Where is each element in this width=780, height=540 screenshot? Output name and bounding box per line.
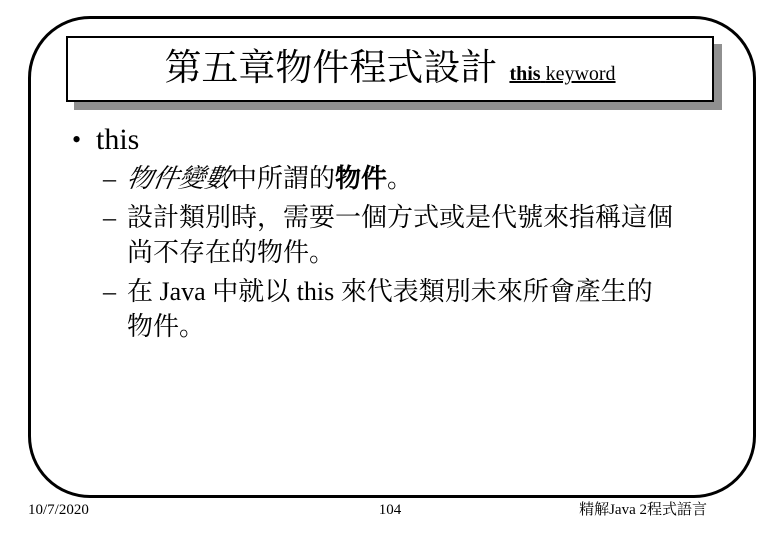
slide-title-keyword: this keyword [509, 63, 615, 85]
text-segment-italic: 物件變數 [124, 161, 234, 196]
list-item-text: 設計類別時，需要一個方式或是代號來指稱這個 尚不存在的物件。 [127, 200, 715, 270]
keyword-bold-text: this [509, 63, 540, 85]
text-line: 設計類別時，需要一個方式或是代號來指稱這個 [127, 200, 715, 235]
bullet-marker: • [72, 122, 96, 158]
text-line: 尚不存在的物件。 [127, 235, 715, 270]
bullet-level2-list: – 物件變數中所謂的物件。 – 設計類別時，需要一個方式或是代號來指稱這個 尚不… [103, 161, 715, 348]
list-item-text: 物件變數中所謂的物件。 [127, 161, 715, 196]
dash-marker: – [103, 200, 127, 270]
slide-title-text: 第五章物件程式設計 [164, 48, 497, 89]
text-segment-bold: 物件 [335, 164, 387, 193]
text-segment-period: 。 [387, 164, 413, 193]
bullet-level1-text: this [96, 123, 139, 156]
dash-marker: – [103, 274, 127, 344]
dash-marker: – [103, 161, 127, 196]
slide-title-box: 第五章物件程式設計this keyword [66, 36, 714, 102]
footer-book-title: 精解Java 2程式語言 [579, 500, 707, 520]
list-item-text: 在 Java 中就以 this 來代表類別未來所會產生的 物件。 [127, 274, 715, 344]
text-line: 物件。 [127, 309, 715, 344]
text-line: 在 Java 中就以 this 來代表類別未來所會產生的 [127, 274, 715, 309]
keyword-rest-text: keyword [546, 63, 616, 85]
bullet-level1-line: •this [72, 122, 139, 158]
text-segment-normal: 中所謂的 [231, 164, 335, 193]
list-item: – 物件變數中所謂的物件。 [103, 161, 715, 196]
list-item: – 設計類別時，需要一個方式或是代號來指稱這個 尚不存在的物件。 [103, 200, 715, 270]
list-item: – 在 Java 中就以 this 來代表類別未來所會產生的 物件。 [103, 274, 715, 344]
